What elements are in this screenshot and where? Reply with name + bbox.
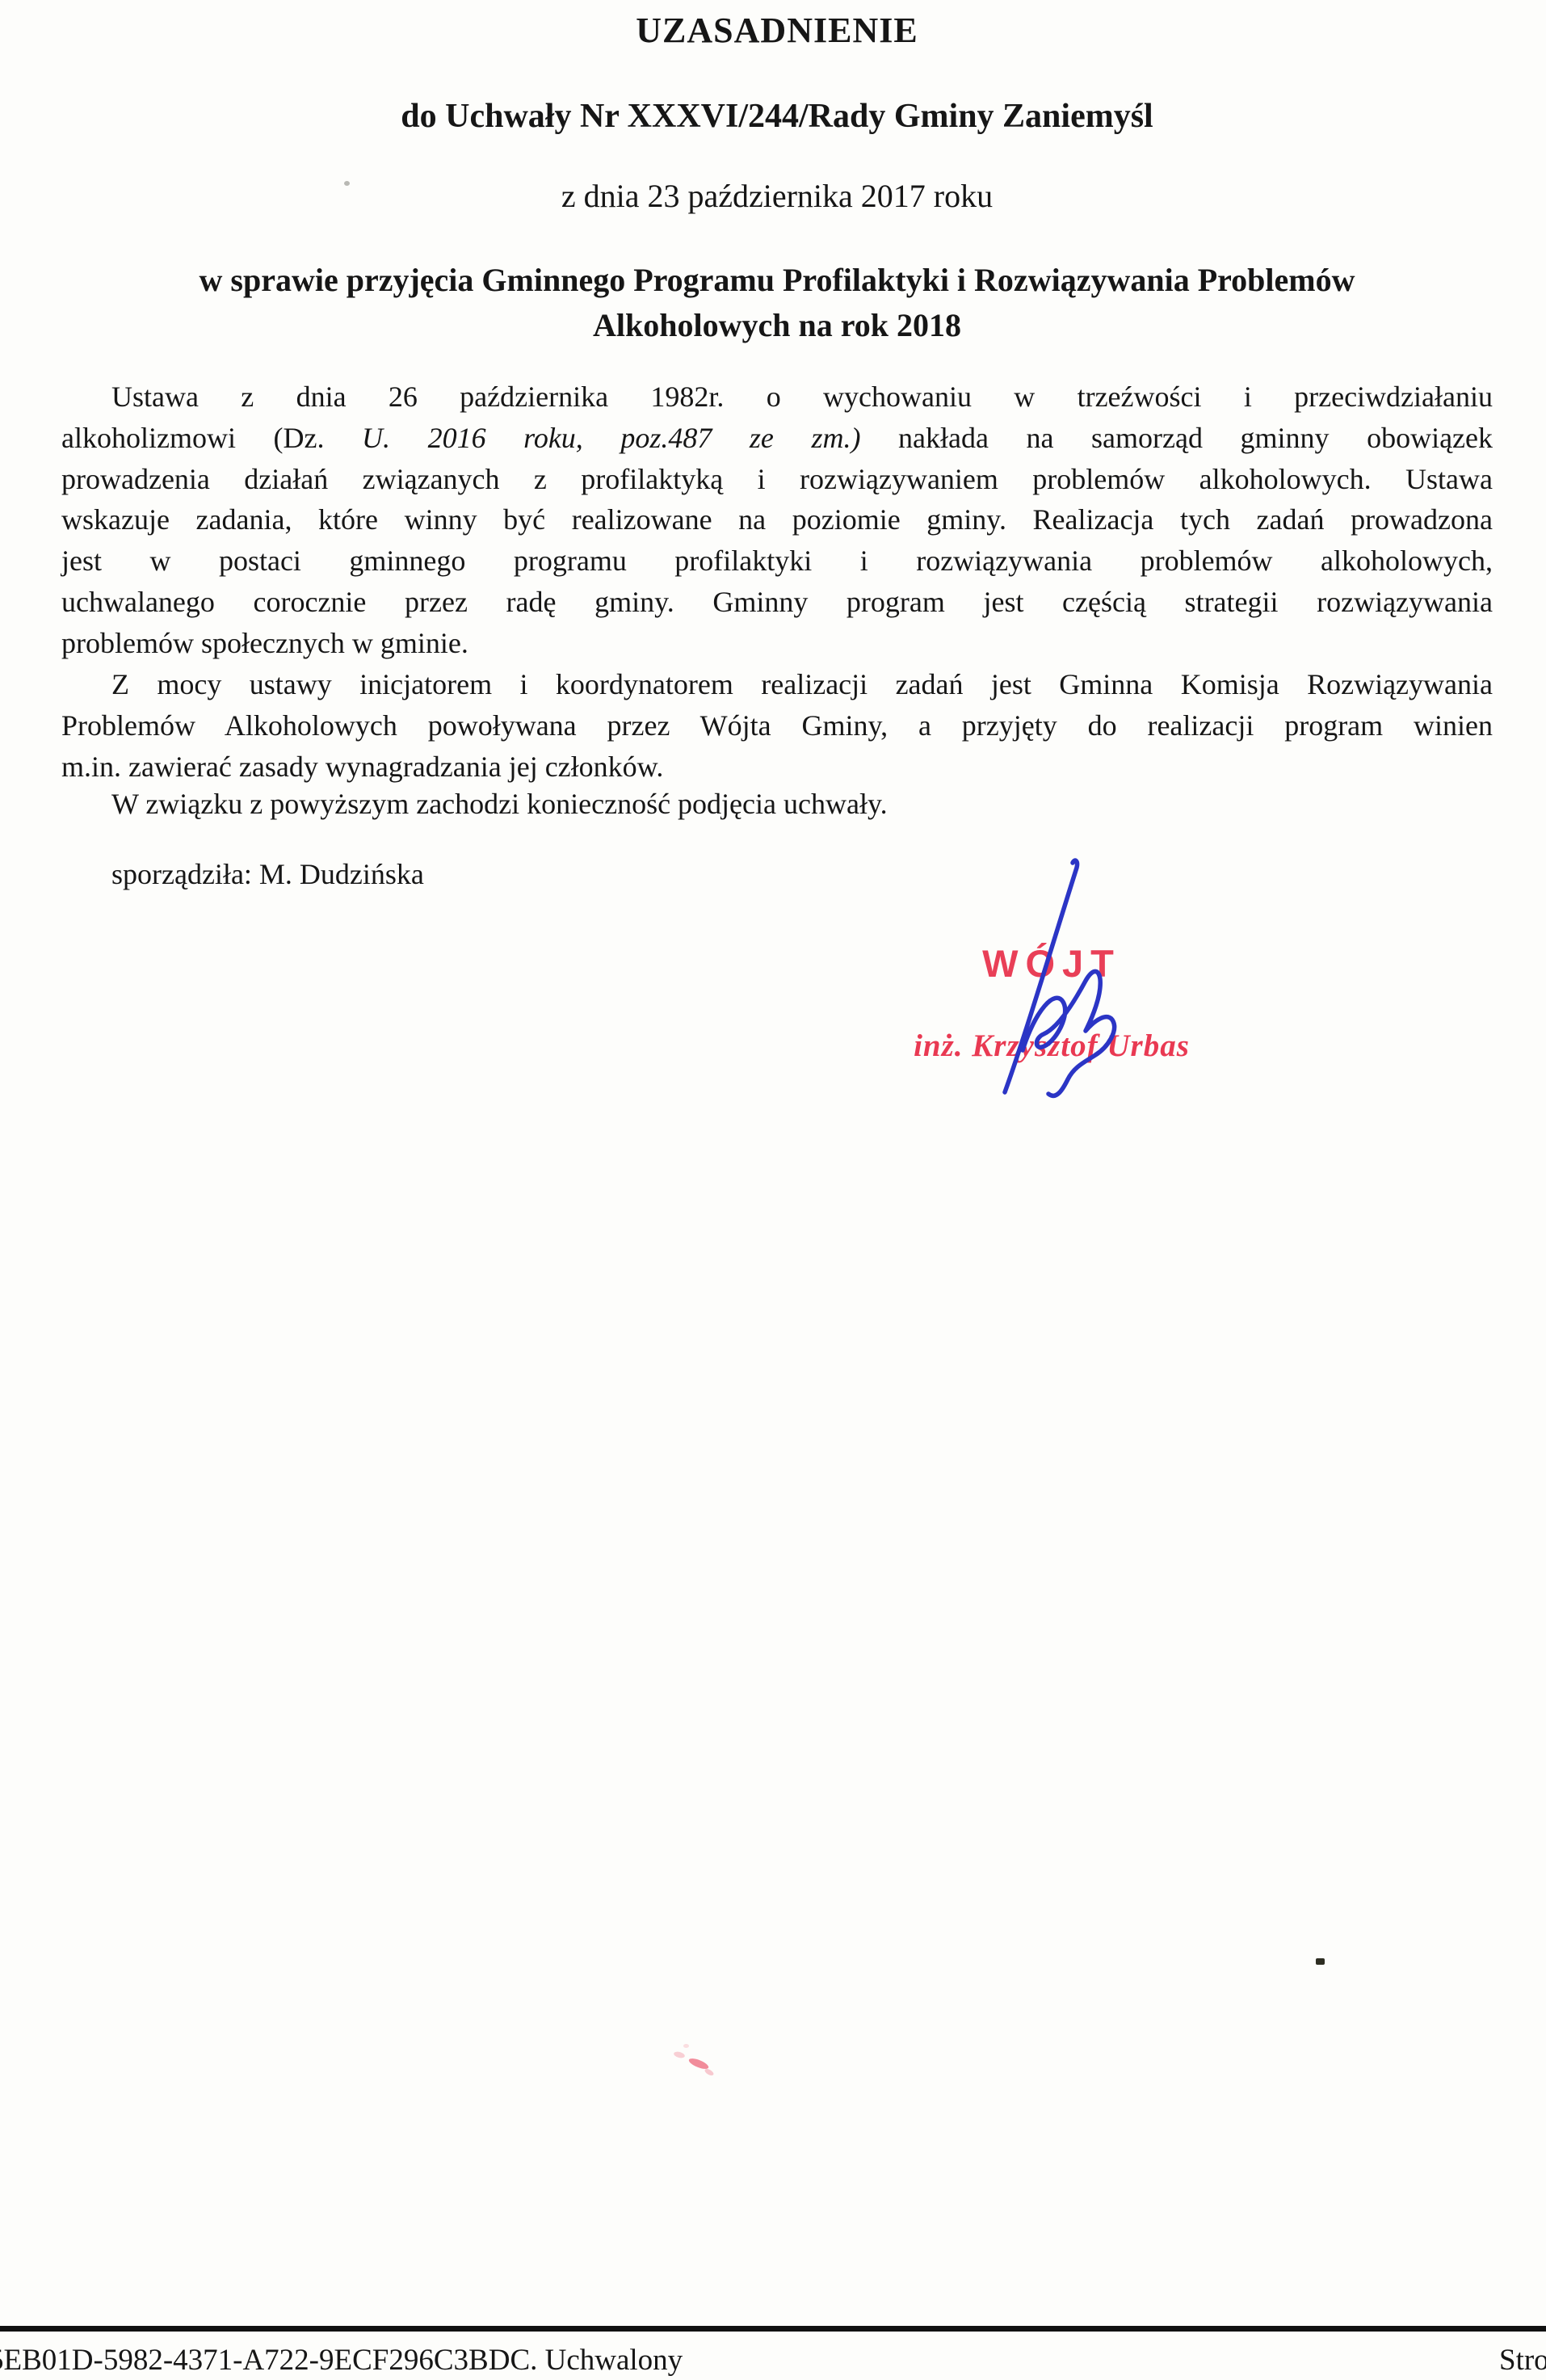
scan-speck	[1316, 1958, 1325, 1965]
footer-document-id: 5EB01D-5982-4371-A722-9ECF296C3BDC. Uchw…	[0, 2343, 683, 2378]
body-line-segment: nakłada na samorząd gminny obowiązek	[898, 422, 1493, 454]
document-page: UZASADNIENIE do Uchwały Nr XXXVI/244/Rad…	[0, 0, 1546, 2380]
scan-smudge	[664, 2042, 729, 2089]
body-line: Z mocy ustawy inicjatorem i koordynatore…	[61, 664, 1493, 705]
footer-page-label: Strona	[1499, 2343, 1546, 2378]
body-line: Ustawa z dnia 26 października 1982r. o w…	[61, 376, 1493, 418]
resolution-number-line: do Uchwały Nr XXXVI/244/Rady Gminy Zanie…	[61, 97, 1493, 136]
resolution-subject-line-1: w sprawie przyjęcia Gminnego Programu Pr…	[61, 258, 1493, 303]
body-line: wskazuje zadania, które winny być realiz…	[61, 499, 1493, 540]
body-line: jest w postaci gminnego programu profila…	[61, 540, 1493, 582]
body-line: Problemów Alkoholowych powoływana przez …	[61, 705, 1493, 746]
handwritten-signature	[961, 848, 1171, 1115]
footer-divider	[0, 2326, 1546, 2332]
body-line: prowadzenia działań związanych z profila…	[61, 459, 1493, 500]
legal-citation: U. 2016 roku, poz.487 ze zm.)	[362, 422, 860, 454]
prepared-by-line: sporządziła: M. Dudzińska	[61, 854, 1493, 895]
body-line: W związku z powyższym zachodzi konieczno…	[61, 784, 1493, 825]
body-line: alkoholizmowi (Dz. U. 2016 roku, poz.487…	[61, 418, 1493, 459]
paragraph-1: Ustawa z dnia 26 października 1982r. o w…	[61, 376, 1493, 664]
resolution-subject-line-2: Alkoholowych na rok 2018	[61, 303, 1493, 348]
scan-speck	[344, 181, 350, 186]
document-title: UZASADNIENIE	[61, 10, 1493, 51]
paragraph-2: Z mocy ustawy inicjatorem i koordynatore…	[61, 664, 1493, 787]
resolution-subject: w sprawie przyjęcia Gminnego Programu Pr…	[61, 258, 1493, 348]
body-line: uchwalanego corocznie przez radę gminy. …	[61, 582, 1493, 623]
paragraph-3: W związku z powyższym zachodzi konieczno…	[61, 784, 1493, 825]
body-line-segment: alkoholizmowi (Dz.	[61, 422, 324, 454]
body-line: m.in. zawierać zasady wynagradzania jej …	[61, 746, 1493, 788]
body-line: problemów społecznych w gminie.	[61, 623, 1493, 664]
prepared-by: sporządziła: M. Dudzińska	[61, 854, 1493, 895]
resolution-date-line: z dnia 23 października 2017 roku	[61, 177, 1493, 215]
